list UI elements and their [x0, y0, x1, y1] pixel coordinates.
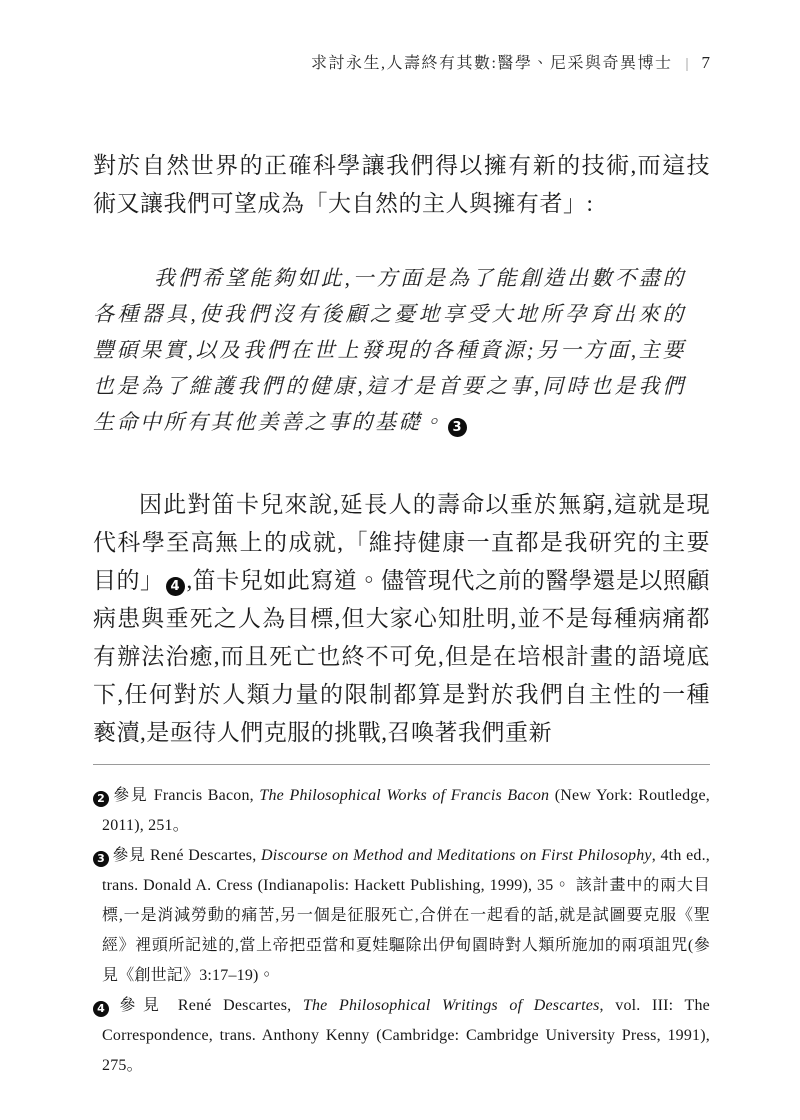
footnote-divider [93, 764, 710, 765]
footnote-marker: 3 [93, 851, 109, 867]
footnote-text: 參見 René Descartes, [112, 847, 261, 864]
running-header: 求討永生,人壽終有其數:醫學、尼采與奇異博士 | 7 [93, 50, 710, 73]
header-separator: | [685, 56, 688, 73]
footnote-item: 3參見 René Descartes, Discourse on Method … [93, 841, 710, 991]
footnote-text: 參見 Francis Bacon, [112, 787, 259, 804]
footnote-list: 2參見 Francis Bacon, The Philosophical Wor… [93, 781, 710, 1081]
page-number: 7 [702, 53, 711, 73]
footnote-text: 參見 René Descartes, [112, 997, 303, 1014]
footnote-marker: 4 [93, 1001, 109, 1017]
paragraph-text: 對於自然世界的正確科學讓我們得以擁有新的技術,而這技術又讓我們可望成為「大自然的… [93, 153, 710, 216]
footnote-cited-title: The Philosophical Writings of Descartes [303, 997, 600, 1014]
block-quote: 我們希望能夠如此,一方面是為了能創造出數不盡的各種器具,使我們沒有後顧之憂地享受… [93, 260, 686, 440]
footnote-text: , 4th ed., trans. Donald A. Cress (India… [102, 847, 710, 984]
page-body: 對於自然世界的正確科學讓我們得以擁有新的技術,而這技術又讓我們可望成為「大自然的… [93, 147, 710, 752]
footnote-cited-title: The Philosophical Works of Francis Bacon [259, 787, 549, 804]
footnote-cited-title: Discourse on Method and Meditations on F… [261, 847, 652, 864]
book-page: 求討永生,人壽終有其數:醫學、尼采與奇異博士 | 7 對於自然世界的正確科學讓我… [0, 0, 800, 1120]
footnote-ref-3: 3 [448, 418, 467, 437]
footnote-marker: 2 [93, 791, 109, 807]
paragraph-text: ,笛卡兒如此寫道。儘管現代之前的醫學還是以照顧病患與垂死之人為目標,但大家心知肚… [93, 568, 710, 745]
running-title: 求討永生,人壽終有其數:醫學、尼采與奇異博士 [311, 50, 672, 73]
footnote-ref-4: 4 [166, 577, 185, 596]
footnotes-section: 2參見 Francis Bacon, The Philosophical Wor… [93, 764, 710, 1081]
footnote-item: 2參見 Francis Bacon, The Philosophical Wor… [93, 781, 710, 841]
footnote-item: 4參見 René Descartes, The Philosophical Wr… [93, 991, 710, 1081]
quote-text: 我們希望能夠如此,一方面是為了能創造出數不盡的各種器具,使我們沒有後顧之憂地享受… [93, 266, 686, 434]
paragraph-main: 因此對笛卡兒來說,延長人的壽命以垂於無窮,這就是現代科學至高無上的成就,「維持健… [93, 486, 710, 752]
paragraph-opening: 對於自然世界的正確科學讓我們得以擁有新的技術,而這技術又讓我們可望成為「大自然的… [93, 147, 710, 223]
